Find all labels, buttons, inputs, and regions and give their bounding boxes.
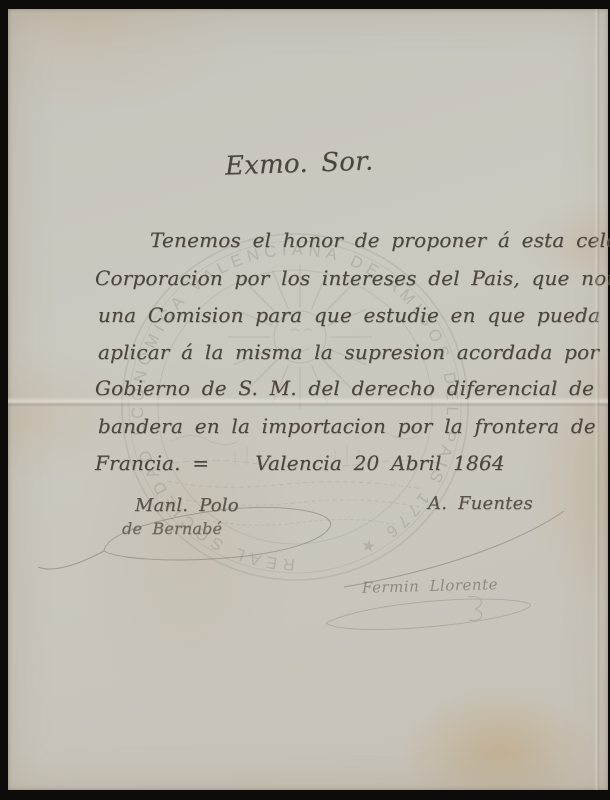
signature-right-name: A. Fuentes <box>428 493 533 514</box>
signature-left-surname: de Bernabé <box>122 519 222 538</box>
letter-line: bandera en la importacion por la fronter… <box>98 414 596 438</box>
signature-left-name: Manl. Polo <box>135 495 239 516</box>
horizontal-fold-crease <box>8 397 608 407</box>
pencil-annotation: Fermin Llorente <box>362 575 498 597</box>
photo-backdrop: REAL SOCIEDAD ECONOMICA VALENCIANA DE AM… <box>0 0 610 800</box>
letter-line: Tenemos el honor de proponer á esta celo… <box>150 228 610 252</box>
letter-line: aplicar á la misma la supresion acordada… <box>98 340 610 364</box>
letter-line: una Comision para que estudie en que pue… <box>98 303 600 327</box>
document-paper: REAL SOCIEDAD ECONOMICA VALENCIANA DE AM… <box>8 9 608 790</box>
closing-date: Valencia 20 Abril 1864 <box>255 451 505 475</box>
vertical-fold-crease <box>594 9 600 790</box>
closing-place: Francia. = <box>95 451 209 475</box>
letter-line: Corporacion por los intereses del Pais, … <box>95 266 610 290</box>
letter-salutation: Exmo. Sor. <box>225 146 374 181</box>
letter-closing-line: Francia. = Valencia 20 Abril 1864 <box>95 451 505 475</box>
